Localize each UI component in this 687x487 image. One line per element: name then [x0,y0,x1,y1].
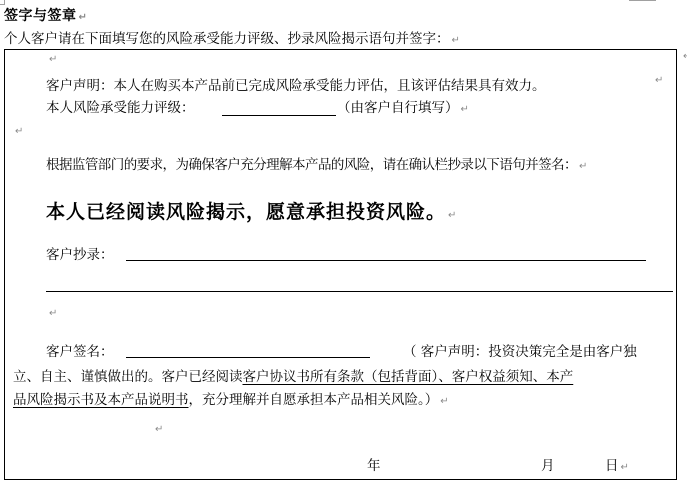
copy-field-line-2[interactable] [46,274,673,292]
paragraph-mark-icon: ↵ [683,51,687,62]
paragraph-mark-icon: ↵ [655,75,663,86]
paragraph-mark-icon: ↵ [440,396,448,407]
intro-text: 个人客户请在下面填写您的风险承受能力评级、抄录风险揭示语句并签字：↵ [4,27,460,47]
date-year-label: 年 [367,454,381,474]
page-corner-mark-right [629,0,656,1]
paragraph-mark-icon: ↵ [452,35,460,46]
copy-field[interactable] [126,243,646,261]
customer-declaration: 客户声明：本人在购买本产品前已完成风险承受能力评估，且该评估结果具有效力。 [46,74,546,94]
signature-note-line-1: （ 客户声明：投资决策完全是由客户独 [403,340,637,360]
signature-label: 客户签名： [46,340,114,360]
paragraph-mark-icon: ↵ [448,210,457,221]
risk-disclosure-underlined: 品风险揭示书及本产品说明书 [13,392,189,408]
paragraph-mark-icon: ↵ [461,104,469,115]
copy-label: 客户抄录： [46,243,114,263]
section-title: 签字与签章↵ [4,5,87,25]
regulation-instruction: 根据监管部门的要求，为确保客户充分理解本产品的风险，请在确认栏抄录以下语句并签名… [46,153,587,173]
risk-rating-hint: （由客户自行填写）↵ [337,96,469,116]
paragraph-mark-icon: ↵ [579,161,587,172]
risk-rating-label: 本人风险承受能力评级： [46,100,195,116]
signature-note-line-2: 立、自主、谨慎做出的。客户已经阅读客户协议书所有条款（包括背面）、客户权益须知、… [13,365,573,385]
paragraph-mark-icon: ↵ [49,308,57,319]
date-month-label: 月 [541,454,555,474]
paragraph-mark-icon: ↵ [155,424,163,435]
risk-statement: 本人已经阅读风险揭示，愿意承担投资风险。↵ [46,197,457,224]
paragraph-mark-icon: ↵ [79,12,88,23]
signature-field[interactable] [126,341,370,358]
paragraph-mark-icon: ↵ [15,126,23,137]
date-day-label: 日↵ [605,454,629,474]
signature-note-line-3: 品风险揭示书及本产品说明书，充分理解并自愿承担本产品相关风险。）↵ [13,388,449,408]
risk-rating-row: 本人风险承受能力评级： [46,96,195,116]
paragraph-mark-icon: ↵ [49,54,57,65]
agreement-terms-underlined: 客户协议书所有条款（包括背面）、客户权益须知、本产 [243,369,574,385]
signature-box: ↵ ↵ 客户声明：本人在购买本产品前已完成风险承受能力评估，且该评估结果具有效力… [4,49,677,480]
risk-rating-field[interactable] [222,97,336,116]
paragraph-mark-icon: ↵ [621,462,629,473]
